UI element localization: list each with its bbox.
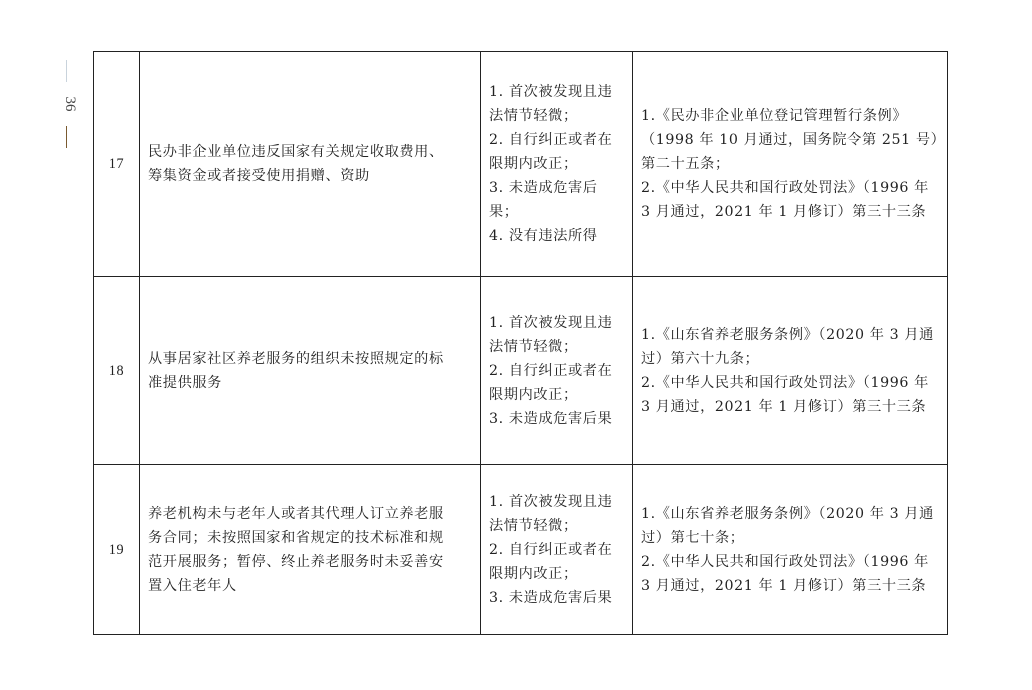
text-line: 从事居家社区养老服务的组织未按照规定的标 (148, 347, 472, 371)
row-number: 19 (94, 465, 140, 635)
text-line: 置入住老年人 (148, 574, 472, 598)
text-line: 筹集资金或者接受使用捐赠、资助 (148, 164, 472, 188)
legal-basis: 1.《山东省养老服务条例》（2020 年 3 月通 过）第六十九条； 2.《中华… (633, 277, 948, 465)
exemption-conditions: 1. 首次被发现且违 法情节轻微； 2. 自行纠正或者在 限期内改正； 3. 未… (481, 277, 633, 465)
text-line: 3. 未造成危害后 (489, 176, 624, 200)
text-line: 养老机构未与老年人或者其代理人订立养老服 (148, 502, 472, 526)
page-number-marker: 36 (52, 60, 82, 150)
exemption-conditions: 1. 首次被发现且违 法情节轻微； 2. 自行纠正或者在 限期内改正； 3. 未… (481, 465, 633, 635)
text-line: 1.《民办非企业单位登记管理暂行条例》 (641, 104, 939, 128)
page-number-rule-bottom (66, 126, 67, 148)
text-line: 第二十五条； (641, 152, 939, 176)
text-line: 3 月通过，2021 年 1 月修订）第三十三条 (641, 574, 939, 598)
table-row: 17 民办非企业单位违反国家有关规定收取费用、 筹集资金或者接受使用捐赠、资助 … (94, 52, 948, 277)
text-line: 范开展服务；暂停、终止养老服务时未妥善安 (148, 550, 472, 574)
regulation-table: 17 民办非企业单位违反国家有关规定收取费用、 筹集资金或者接受使用捐赠、资助 … (93, 51, 948, 635)
row-number: 18 (94, 277, 140, 465)
text-line: 法情节轻微； (489, 104, 624, 128)
page-number: 36 (53, 93, 81, 115)
table-row: 18 从事居家社区养老服务的组织未按照规定的标 准提供服务 1. 首次被发现且违… (94, 277, 948, 465)
page-number-rule-top (66, 60, 67, 82)
violation-description: 养老机构未与老年人或者其代理人订立养老服 务合同；未按照国家和省规定的技术标准和… (140, 465, 481, 635)
text-line: 限期内改正； (489, 152, 624, 176)
text-line: 2.《中华人民共和国行政处罚法》（1996 年 (641, 371, 939, 395)
text-line: 务合同；未按照国家和省规定的技术标准和规 (148, 526, 472, 550)
text-line: 准提供服务 (148, 371, 472, 395)
text-line: 果； (489, 200, 624, 224)
text-line: 法情节轻微； (489, 335, 624, 359)
text-line: 1. 首次被发现且违 (489, 80, 624, 104)
text-line: 3 月通过，2021 年 1 月修订）第三十三条 (641, 395, 939, 419)
legal-basis: 1.《山东省养老服务条例》（2020 年 3 月通 过）第七十条； 2.《中华人… (633, 465, 948, 635)
text-line: 3. 未造成危害后果 (489, 586, 624, 610)
text-line: 4. 没有违法所得 (489, 224, 624, 248)
text-line: 1. 首次被发现且违 (489, 311, 624, 335)
exemption-conditions: 1. 首次被发现且违 法情节轻微； 2. 自行纠正或者在 限期内改正； 3. 未… (481, 52, 633, 277)
violation-description: 民办非企业单位违反国家有关规定收取费用、 筹集资金或者接受使用捐赠、资助 (140, 52, 481, 277)
text-line: 2. 自行纠正或者在 (489, 128, 624, 152)
text-line: 1.《山东省养老服务条例》（2020 年 3 月通 (641, 323, 939, 347)
text-line: 法情节轻微； (489, 514, 624, 538)
violation-description: 从事居家社区养老服务的组织未按照规定的标 准提供服务 (140, 277, 481, 465)
text-line: 过）第六十九条； (641, 347, 939, 371)
legal-basis: 1.《民办非企业单位登记管理暂行条例》 （1998 年 10 月通过，国务院令第… (633, 52, 948, 277)
text-line: 限期内改正； (489, 383, 624, 407)
text-line: 1.《山东省养老服务条例》（2020 年 3 月通 (641, 502, 939, 526)
text-line: 3 月通过，2021 年 1 月修订）第三十三条 (641, 200, 939, 224)
text-line: 1. 首次被发现且违 (489, 490, 624, 514)
row-number: 17 (94, 52, 140, 277)
text-line: 2. 自行纠正或者在 (489, 538, 624, 562)
text-line: （1998 年 10 月通过，国务院令第 251 号） (641, 128, 939, 152)
text-line: 2.《中华人民共和国行政处罚法》（1996 年 (641, 550, 939, 574)
text-line: 2. 自行纠正或者在 (489, 359, 624, 383)
text-line: 2.《中华人民共和国行政处罚法》（1996 年 (641, 176, 939, 200)
table-row: 19 养老机构未与老年人或者其代理人订立养老服 务合同；未按照国家和省规定的技术… (94, 465, 948, 635)
text-line: 3. 未造成危害后果 (489, 407, 624, 431)
text-line: 过）第七十条； (641, 526, 939, 550)
text-line: 限期内改正； (489, 562, 624, 586)
text-line: 民办非企业单位违反国家有关规定收取费用、 (148, 140, 472, 164)
